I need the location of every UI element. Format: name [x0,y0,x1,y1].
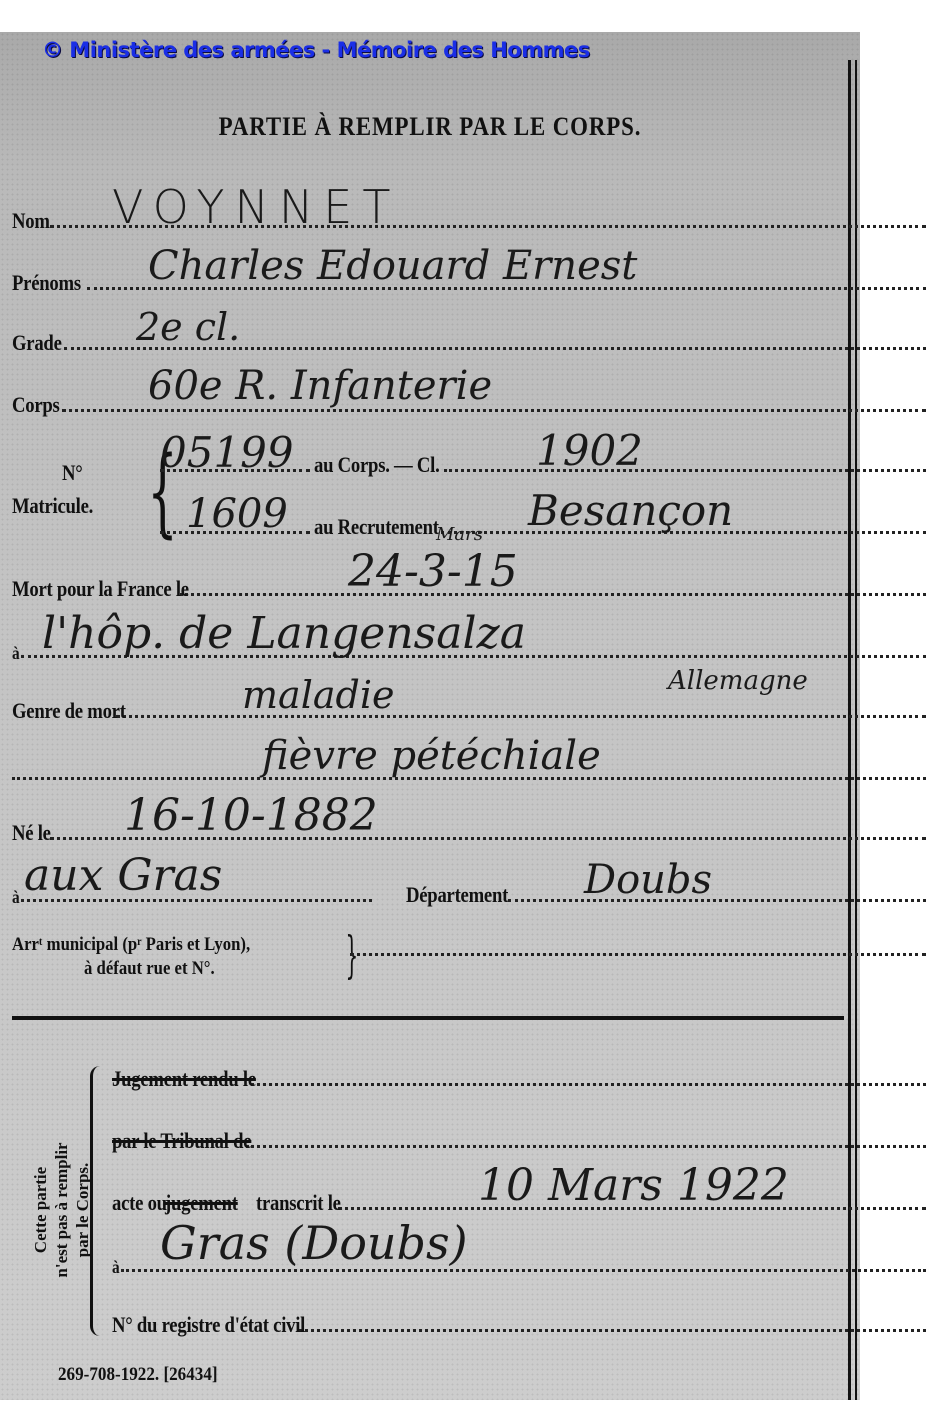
dotted-line [251,1083,926,1086]
label-nom: Nom [12,210,50,232]
label-corps: Corps [12,394,60,416]
label-matricule-no: N° [62,462,82,484]
dotted-line [508,899,926,902]
side-note-line: Cette partie [30,1090,51,1330]
label-a: à [12,644,19,662]
label-a: à [12,888,19,906]
label-jugement-struck: jugement [165,1192,238,1214]
label-transcrit-le: transcrit le [256,1192,341,1214]
label-registre: N° du registre d'état civil [112,1314,305,1336]
label-defaut-rue: à défaut rue et N°. [84,958,215,980]
dotted-line [444,469,926,472]
dotted-line [62,409,926,412]
section-divider [12,1016,844,1020]
label-grade: Grade [12,332,62,354]
hw-genre-mort: maladie [242,676,394,714]
hw-date-naissance: 16-10-1882 [124,794,378,838]
hw-recrutement: Besançon [528,490,733,532]
label-departement: Département [406,884,508,906]
label-mort: Mort pour la France le [12,578,189,600]
label-a: à [112,1258,119,1276]
label-au-recrutement: au Recrutement [314,516,439,538]
label-acte-ou: acte ou [112,1192,167,1214]
hw-corps: 60e R. Infanterie [148,366,492,406]
hw-transcrit-date: 10 Mars 1922 [478,1164,789,1208]
label-au-corps: au Corps. — Cl. [314,454,440,476]
dotted-line [246,1145,926,1148]
label-ne-le: Né le [12,822,51,844]
field-jugement-rendu: Jugement rendu le [112,1060,926,1090]
brace [90,1066,101,1336]
label-prenoms: Prénoms [12,272,81,294]
hw-grade: 2e cl. [136,308,240,346]
hw-matricule-recrutement: 1609 [186,494,288,534]
hw-matricule-corps: 05199 [160,432,294,474]
hw-transcrit-lieu: Gras (Doubs) [160,1220,468,1266]
label-tribunal: par le Tribunal de [112,1130,251,1152]
field-arr-municipal [350,930,926,960]
hw-lieu-naissance: aux Gras [24,854,222,898]
hw-lieu-mort-pays: Allemagne [668,668,808,694]
dotted-line [180,593,926,596]
label-matricule: Matricule. [12,495,93,517]
hw-mort-note: Mars [436,526,483,544]
hw-departement: Doubs [584,860,712,900]
field-registre: N° du registre d'état civil [112,1306,926,1336]
hw-prenoms: Charles Edouard Ernest [148,246,637,286]
dotted-line [350,953,926,956]
dotted-line [299,1329,926,1332]
hw-classe: 1902 [536,430,643,472]
form-footer-reference: 269-708-1922. [26434] [58,1364,218,1386]
label-jugement-rendu: Jugement rendu le [112,1068,256,1090]
copyright-watermark: © Ministère des armées - Mémoire des Hom… [42,38,590,62]
dotted-line [116,715,926,718]
hw-cause: fièvre pétéchiale [262,736,601,776]
hw-lieu-mort: l'hôp. de Langensalza [42,612,526,656]
field-tribunal: par le Tribunal de [112,1122,926,1152]
hw-date-mort: 24-3-15 [348,550,518,594]
form-title: PARTIE À REMPLIR PAR LE CORPS. [52,112,809,142]
label-arr-municipal: Arrᵗ municipal (pʳ Paris et Lyon), [12,934,250,956]
label-genre-mort: Genre de mort [12,700,126,722]
hw-nom: VOYNNET [112,184,400,230]
side-note-line: n'est pas à remplir [51,1090,72,1330]
field-genre-mort: Genre de mort [12,692,926,722]
